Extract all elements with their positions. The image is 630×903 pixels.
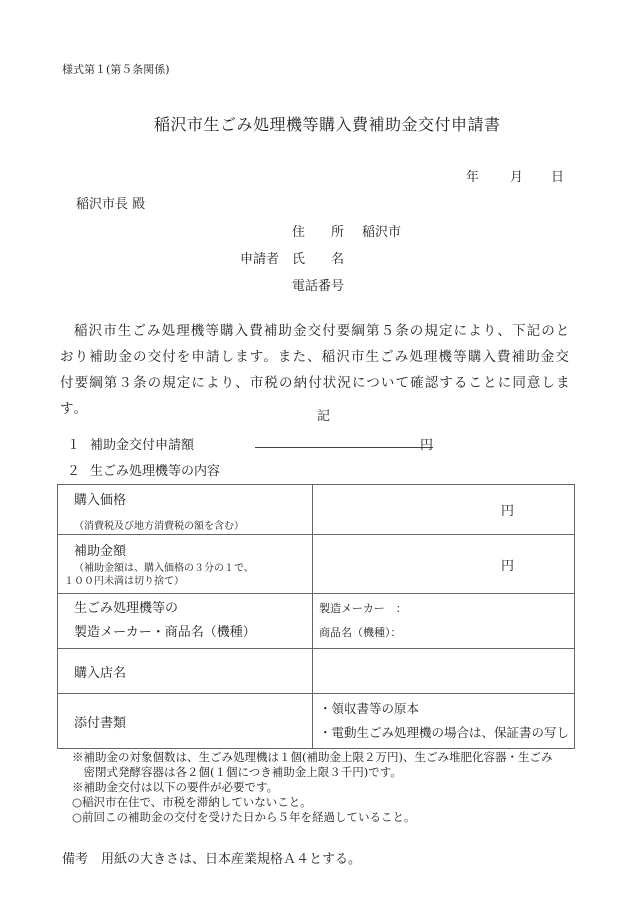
- item2-label: 生ごみ処理機等の内容: [90, 460, 220, 479]
- table-row: 補助金額 （補助金額は、購入価格の３分の１で、 １００円未満は切り捨て） 円: [58, 535, 575, 594]
- date-month: 月: [510, 166, 523, 185]
- item1-label: 補助金交付申請額: [90, 434, 194, 453]
- item1-unit: 円: [420, 434, 433, 453]
- remarks: 備考 用紙の大きさは、日本産業規格Ａ４とする。: [62, 848, 361, 867]
- form-number: 様式第１(第５条関係): [62, 61, 170, 77]
- applicant-label: 申請者: [240, 248, 279, 267]
- phone-label: 電話番号: [292, 275, 344, 294]
- purchase-price-label: 購入価格: [74, 489, 312, 508]
- attachment-item-1: ・領収書等の原本: [319, 697, 574, 721]
- ki-heading: 記: [317, 405, 330, 424]
- note-line: ○稲沢市在住で、市税を滞納していないこと。: [72, 795, 552, 810]
- store-name-label: 購入店名: [74, 662, 312, 681]
- note-line: 密閉式発酵容器は各２個(１個につき補助金上限３千円)です。: [72, 765, 552, 780]
- name-label: 氏 名: [292, 248, 344, 267]
- address-value[interactable]: 稲沢市: [362, 221, 401, 240]
- table-row: 購入店名: [58, 649, 575, 694]
- date-day: 日: [551, 166, 564, 185]
- address-label: 住 所: [292, 221, 344, 240]
- subsidy-note-1: （補助金額は、購入価格の３分の１で、: [74, 562, 312, 575]
- product-field[interactable]: 商品名（機種）：: [319, 621, 574, 645]
- date-year: 年: [466, 166, 479, 185]
- maker-product-label-1: 生ごみ処理機等の: [74, 597, 312, 621]
- attachments-label: 添付書類: [74, 712, 312, 731]
- maker-field[interactable]: 製造メーカー ：: [319, 597, 574, 621]
- table-row: 添付書類 ・領収書等の原本 ・電動生ごみ処理機の場合は、保証書の写し: [58, 694, 575, 749]
- attachment-item-2: ・電動生ごみ処理機の場合は、保証書の写し: [319, 721, 574, 745]
- document-title: 稲沢市生ごみ処理機等購入費補助金交付申請書: [154, 112, 501, 135]
- table-row: 生ごみ処理機等の 製造メーカー・商品名（機種） 製造メーカー ： 商品名（機種）…: [58, 594, 575, 649]
- notes: ※補助金の対象個数は、生ごみ処理機は１個(補助金上限２万円)、生ごみ堆肥化容器・…: [72, 750, 552, 825]
- note-line: ※補助金の対象個数は、生ごみ処理機は１個(補助金上限２万円)、生ごみ堆肥化容器・…: [72, 750, 552, 765]
- note-line: ○前回この補助金の交付を受けた日から５年を経過していること。: [72, 810, 552, 825]
- item2-number: ２: [67, 460, 80, 479]
- purchase-price-note: （消費税及び地方消費税の額を含む）: [74, 517, 312, 532]
- store-name-field[interactable]: [313, 649, 575, 694]
- subsidy-amount-field[interactable]: 円: [313, 535, 575, 594]
- details-table: 購入価格 （消費税及び地方消費税の額を含む） 円 補助金額 （補助金額は、購入価…: [57, 484, 575, 749]
- subsidy-note-2: １００円未満は切り捨て）: [64, 575, 312, 588]
- maker-product-label-2: 製造メーカー・商品名（機種）: [74, 621, 312, 645]
- subsidy-amount-label: 補助金額: [74, 540, 312, 559]
- item1-number: １: [67, 434, 80, 453]
- note-line: ※補助金交付は以下の要件が必要です。: [72, 780, 552, 795]
- table-row: 購入価格 （消費税及び地方消費税の額を含む） 円: [58, 485, 575, 535]
- addressee: 稲沢市長 殿: [76, 193, 145, 212]
- purchase-price-field[interactable]: 円: [313, 485, 575, 535]
- amount-input-line[interactable]: [255, 447, 433, 448]
